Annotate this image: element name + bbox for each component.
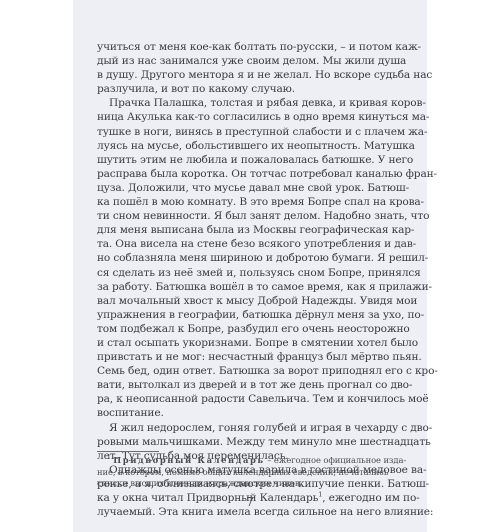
text-line: Я жил недорослем, гоняя голубей и играя … — [97, 421, 382, 435]
text-line: шутить этим не любила и пожаловалась бат… — [97, 153, 382, 167]
text-line: упражнения в географии, батюшка дёрнул м… — [97, 308, 382, 322]
text-line: разлучила, и вот по какому случаю. — [97, 82, 382, 96]
text-line: и стал осыпать укоризнами. Бопре в смяте… — [97, 336, 382, 350]
page-number: 7 — [73, 495, 427, 509]
text-line: цуза. Доложили, что мусье давал мне свой… — [97, 181, 382, 195]
footnote-term: Придворный Календарь — [113, 455, 264, 465]
text-line: ровыми мальчишками. Между тем минуло мне… — [97, 435, 382, 449]
footnote-line: 1 Придворный Календарь – ежегодное офици… — [97, 455, 382, 467]
footnote-line: списки высших военных и гражданских чино… — [97, 478, 382, 490]
text-line: тушке в ноги, винясь в преступной слабос… — [97, 125, 382, 139]
text-line: ти сном невинности. Я был занят делом. Н… — [97, 209, 382, 223]
text-line: но соблазняла меня шириною и добротою бу… — [97, 251, 382, 265]
text-line: в душу. Другого ментора я и не желал. Но… — [97, 68, 382, 82]
body-text: учиться от меня кое-как болтать по-русск… — [97, 40, 382, 519]
footnote: 1 Придворный Календарь – ежегодное офици… — [97, 455, 382, 490]
footnote-divider — [97, 451, 159, 452]
text-line: ся сделать из неё змей и, пользуясь сном… — [97, 266, 382, 280]
book-page: учиться от меня кое-как болтать по-русск… — [73, 0, 427, 532]
text-line: привстать и не мог: несчастный француз б… — [97, 350, 382, 364]
text-line: Семь бед, один ответ. Батюшка за ворот п… — [97, 364, 382, 378]
text-line: ница Акулька как-то согласились в одно в… — [97, 110, 382, 124]
text-line: учиться от меня кое-как болтать по-русск… — [97, 40, 382, 54]
footnote-marker: 1 — [107, 454, 111, 461]
text-line: за работу. Батюшка вошёл в то самое врем… — [97, 280, 382, 294]
text-line: воспитание. — [97, 406, 382, 420]
text-line: Прачка Палашка, толстая и рябая девка, и… — [97, 96, 382, 110]
text-line: расправа была коротка. Он тотчас потребо… — [97, 167, 382, 181]
text-line: дый из нас занимался уже своим делом. Мы… — [97, 54, 382, 68]
text-line: вал мочальный хвост к мысу Доброй Надежд… — [97, 294, 382, 308]
text-line: ра, к неописанной радости Савельича. Тем… — [97, 392, 382, 406]
text-line: луясь на мусье, обольстившего их неопытн… — [97, 139, 382, 153]
footnote-line: ние, в котором, помимо общих календарных… — [97, 467, 382, 479]
text-line: та. Она висела на стене безо всякого упо… — [97, 237, 382, 251]
text-line: том подбежал к Бопре, разбудил его очень… — [97, 322, 382, 336]
text-line: ка пошёл в мою комнату. В это время Бопр… — [97, 195, 382, 209]
text-line: для меня выписана была из Москвы географ… — [97, 223, 382, 237]
text-line: вати, вытолкал из дверей и в тот же день… — [97, 378, 382, 392]
